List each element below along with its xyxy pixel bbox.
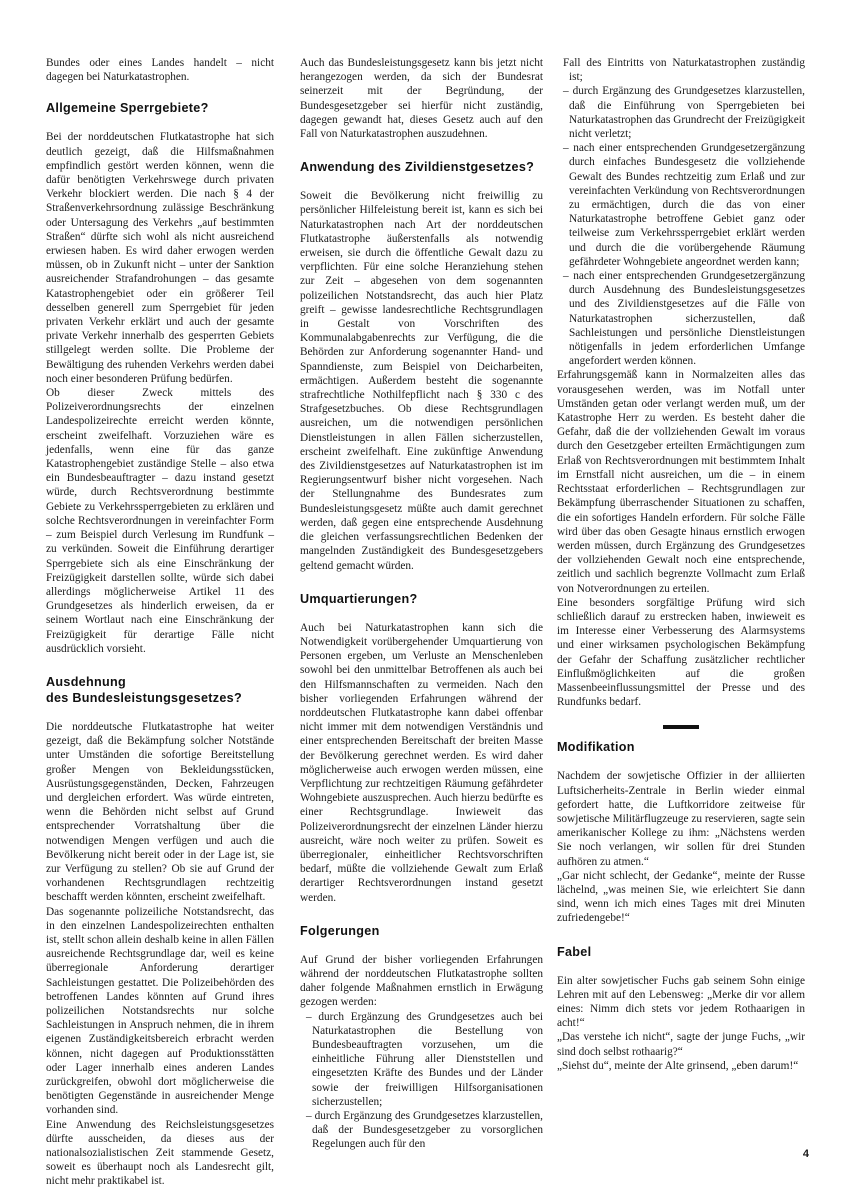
section-divider xyxy=(663,725,699,729)
paragraph: Bundes oder eines Landes handelt – nicht… xyxy=(46,56,274,84)
measures-list: – durch Ergänzung des Grundgesetzes auch… xyxy=(300,1010,543,1152)
page-number: 4 xyxy=(803,1148,809,1160)
list-item: – durch Ergänzung des Grundgesetzes auch… xyxy=(312,1010,543,1109)
section-heading-modifikation: Modifikation xyxy=(557,739,805,755)
list-item: – nach einer entsprechenden Grundgesetze… xyxy=(569,141,805,269)
paragraph: Eine besonders sorgfältige Prüfung wird … xyxy=(557,596,805,710)
measures-list-continued: Fall des Eintritts von Naturkatastrophen… xyxy=(557,56,805,368)
paragraph: „Das verstehe ich nicht“, sagte der jung… xyxy=(557,1030,805,1058)
section-heading-fabel: Fabel xyxy=(557,944,805,960)
section-heading-zivildienstgesetz: Anwendung des Zivildienstgesetzes? xyxy=(300,159,543,175)
section-heading-umquartierungen: Umquartierungen? xyxy=(300,591,543,607)
paragraph: Die norddeutsche Flutkatastrophe hat wei… xyxy=(46,720,274,905)
paragraph: Auch bei Naturkatastrophen kann sich die… xyxy=(300,621,543,905)
section-heading-sperrgebiete: Allgemeine Sperrgebiete? xyxy=(46,100,274,116)
section-heading-folgerungen: Folgerungen xyxy=(300,923,543,939)
list-item: – durch Ergänzung des Grundgesetzes klar… xyxy=(312,1109,543,1152)
paragraph: Das sogenannte polizeiliche Notstandsrec… xyxy=(46,905,274,1118)
column-1: Bundes oder eines Landes handelt – nicht… xyxy=(46,56,274,1189)
heading-line: des Bundesleistungsgesetzes? xyxy=(46,691,242,705)
paragraph: „Siehst du“, meinte der Alte grinsend, „… xyxy=(557,1059,805,1073)
paragraph: Erfahrungsgemäß kann in Normalzeiten all… xyxy=(557,368,805,595)
paragraph: Auch das Bundesleistungsgesetz kann bis … xyxy=(300,56,543,141)
column-2: Auch das Bundesleistungsgesetz kann bis … xyxy=(300,56,543,1152)
column-3: Fall des Eintritts von Naturkatastrophen… xyxy=(557,56,805,1073)
heading-line: Ausdehnung xyxy=(46,675,126,689)
paragraph: Ein alter sowjetischer Fuchs gab seinem … xyxy=(557,974,805,1031)
paragraph: Soweit die Bevölkerung nicht freiwillig … xyxy=(300,189,543,572)
paragraph: Auf Grund der bisher vorliegenden Erfahr… xyxy=(300,953,543,1010)
paragraph: Ob dieser Zweck mittels des Polizeiveror… xyxy=(46,386,274,656)
list-item: – durch Ergänzung des Grundgesetzes klar… xyxy=(569,84,805,141)
paragraph: „Gar nicht schlecht, der Gedanke“, meint… xyxy=(557,869,805,926)
section-heading-bundesleistungsgesetz: Ausdehnung des Bundesleistungsgesetzes? xyxy=(46,674,274,706)
paragraph: Nachdem der sowjetische Offizier in der … xyxy=(557,769,805,868)
list-item: Fall des Eintritts von Naturkatastrophen… xyxy=(569,56,805,84)
paragraph: Bei der norddeutschen Flutkatastrophe ha… xyxy=(46,130,274,386)
paragraph: Eine Anwendung des Reichsleistungsgesetz… xyxy=(46,1118,274,1189)
list-item: – nach einer entsprechenden Grundgesetze… xyxy=(569,269,805,368)
